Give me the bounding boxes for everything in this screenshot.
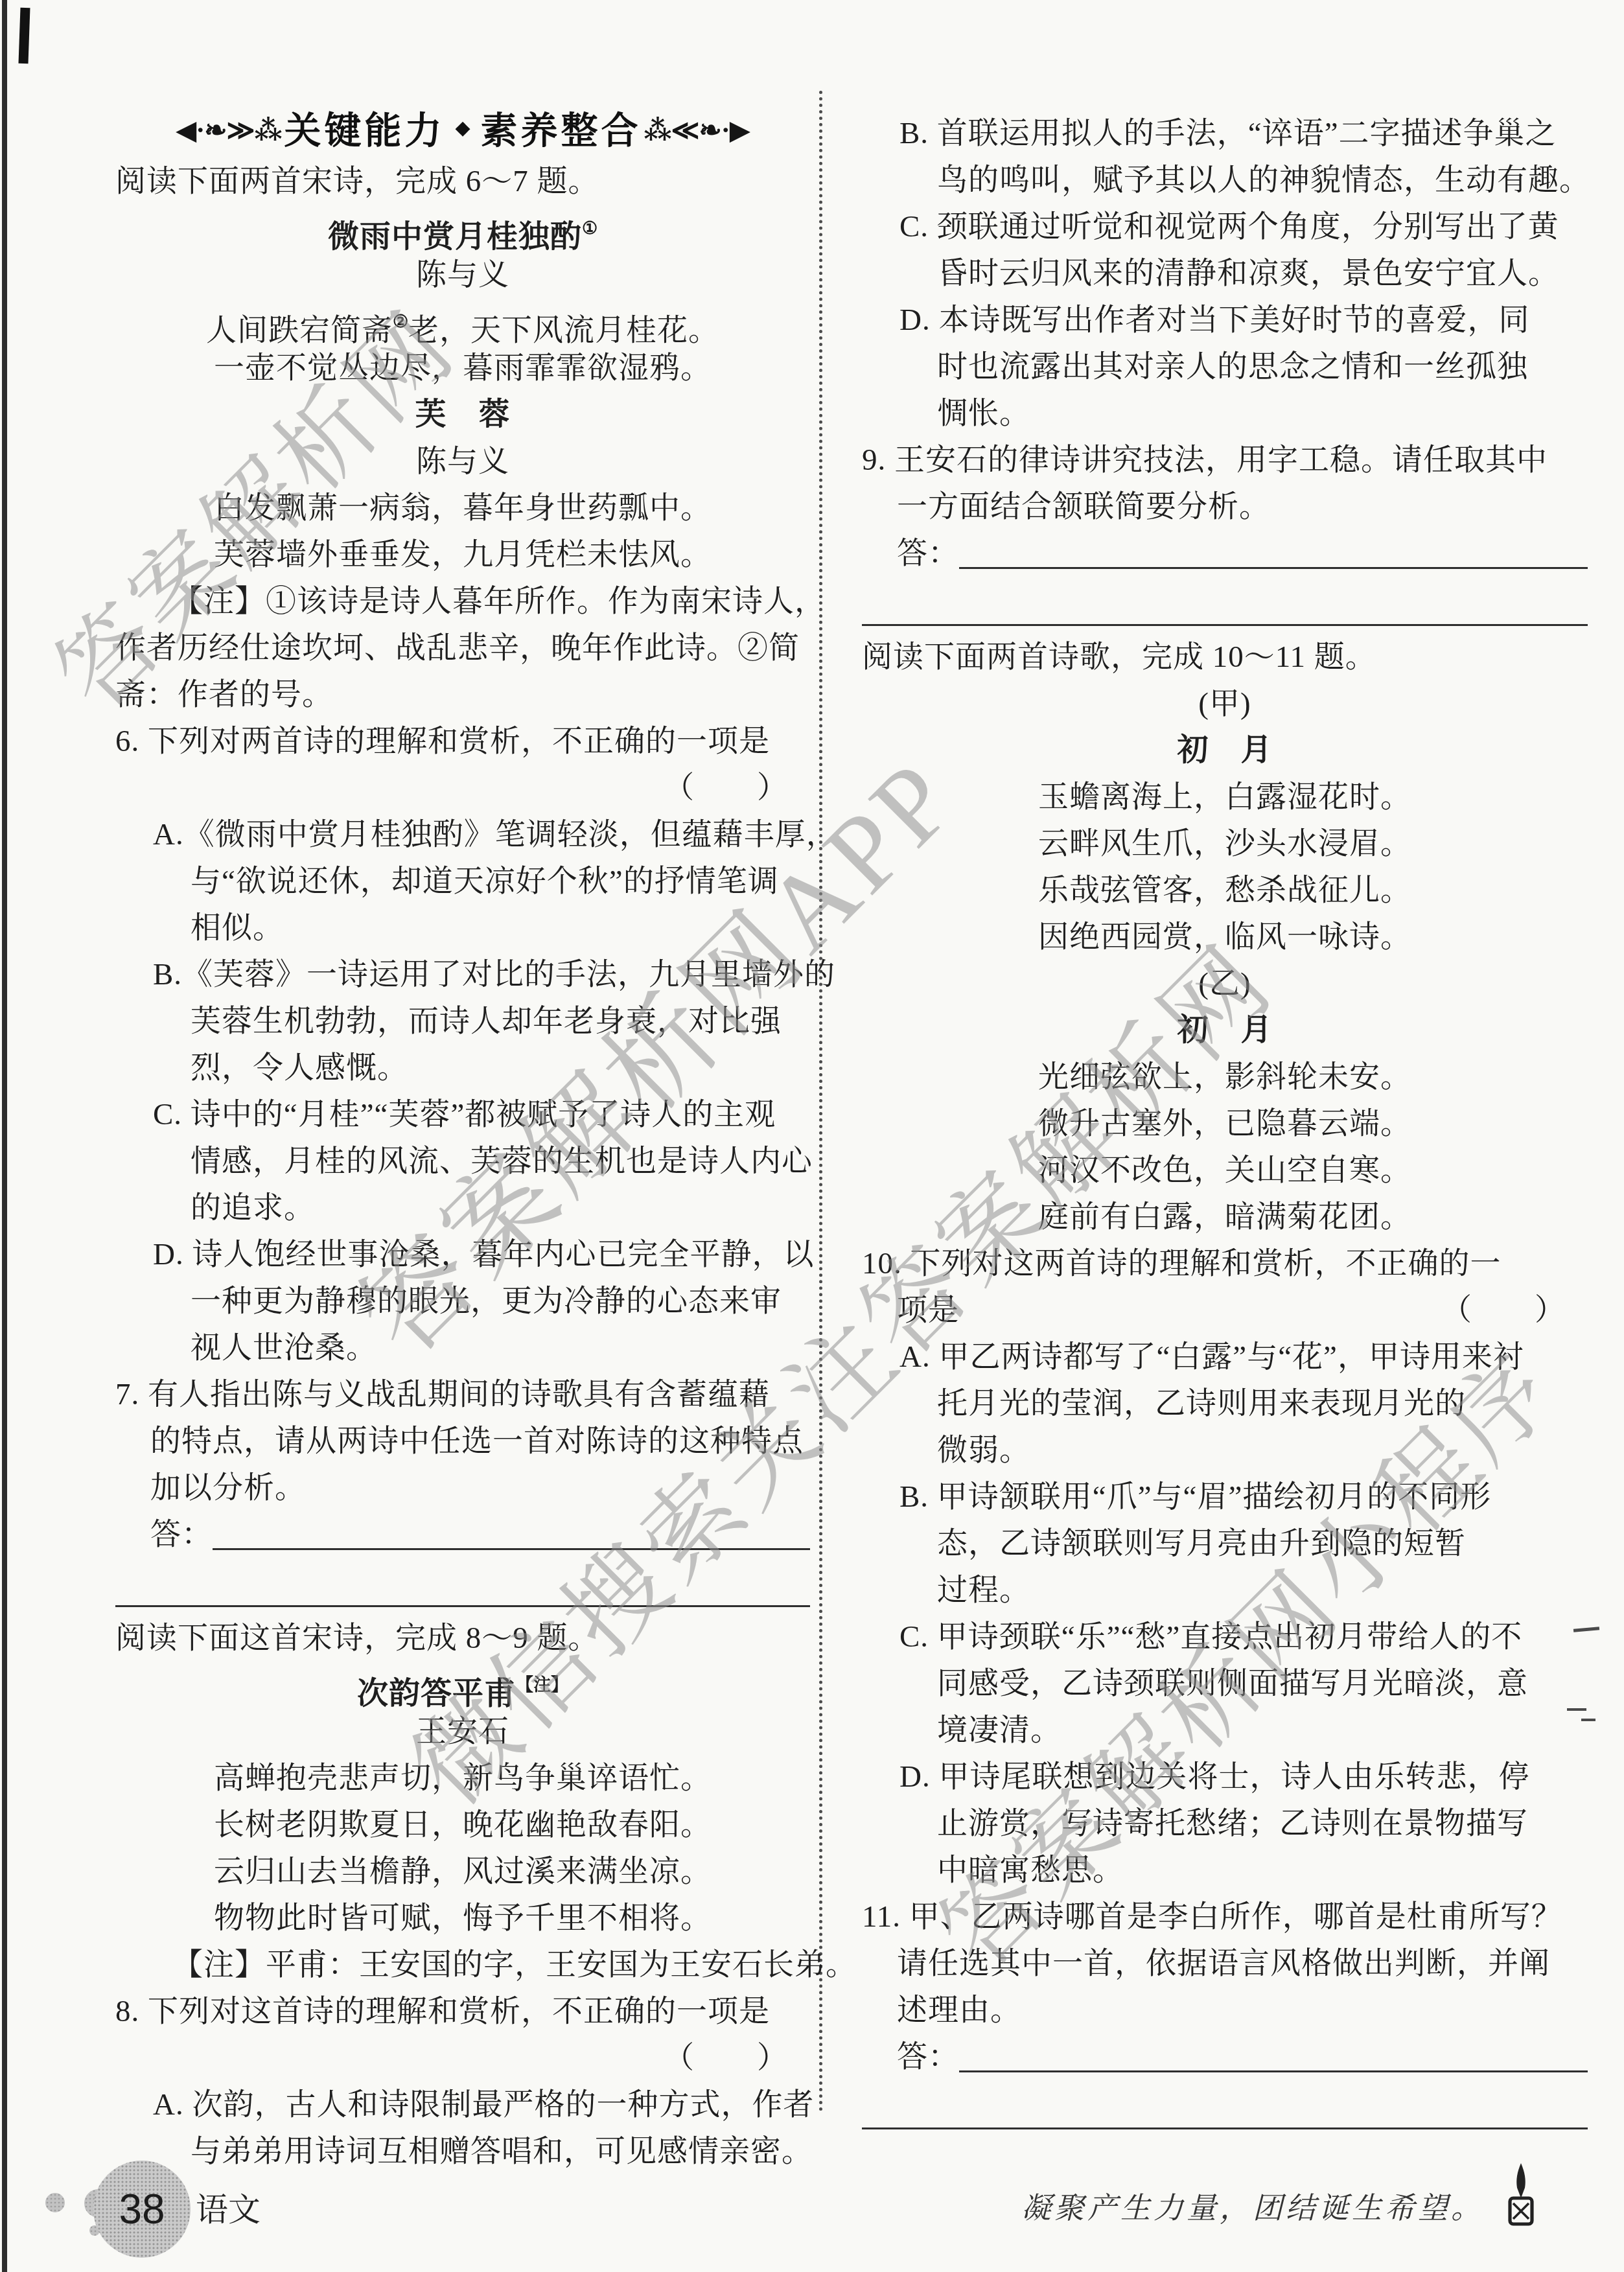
text-line: 物物此时皆可赋，悔予千里不相将。: [115, 1895, 810, 1942]
text-line: 次韵答平甫【注】: [115, 1662, 810, 1708]
page-number-blob: [45, 2193, 65, 2212]
text-line: D. 甲诗尾联想到边关将士，诗人由乐转悲，停: [862, 1754, 1588, 1800]
text-line: 作者历经仕途坎坷、战乱悲辛，晚年作此诗。②简: [115, 625, 810, 671]
answer-blank-line: [862, 2080, 1588, 2137]
text-line: 项是（ ）: [862, 1287, 1588, 1334]
text-line: 微雨中赏月桂独酌①: [115, 205, 810, 251]
text-line: 初 月: [862, 727, 1588, 774]
subject-label: 语文: [196, 2186, 261, 2233]
margin-dash: [1581, 1719, 1595, 1721]
text-line: 斋：作者的号。: [115, 671, 810, 718]
text-line: （ ）: [115, 765, 810, 811]
text-line: 一壶不觉丛边尽，暮雨霏霏欲湿鸦。: [115, 345, 810, 391]
text-line: 过程。: [862, 1567, 1588, 1614]
text-line: 微升古塞外，已隐暮云端。: [862, 1100, 1588, 1147]
text-line: 11. 甲、乙两诗哪首是李白所作，哪首是杜甫所写？: [862, 1894, 1588, 1940]
text-line: A. 次韵，古人和诗限制最严格的一种方式，作者: [115, 2081, 810, 2128]
banner-title-left: 关键能力: [284, 111, 445, 152]
text-line: 微弱。: [862, 1427, 1588, 1474]
text-line: 一方面结合颔联简要分析。: [862, 483, 1588, 530]
text-line: 托月光的莹润，乙诗则用来表现月光的: [862, 1380, 1588, 1427]
column-divider: [819, 91, 822, 2113]
text-line: D. 本诗既写出作者对当下美好时节的喜爱，同: [862, 297, 1588, 343]
text-line: 初 月: [862, 1007, 1588, 1054]
text-line: (甲): [862, 680, 1588, 727]
text-line: 请任选其中一首，依据语言风格做出判断，并阐: [862, 1940, 1588, 1987]
right-column: B. 首联运用拟人的手法，“谇语”二字描述争巢之鸟的鸣叫，赋予其以人的神貌情态，…: [862, 110, 1588, 2137]
text-line: 芙蓉生机勃勃，而诗人却年老身衰，对比强: [115, 998, 810, 1045]
text-line: 10. 下列对这两首诗的理解和赏析，不正确的一: [862, 1240, 1588, 1287]
text-line: 鸟的鸣叫，赋予其以人的神貌情态，生动有趣。: [862, 157, 1588, 203]
page-number-badge: 38: [93, 2161, 191, 2258]
text-line: 9. 王安石的律诗讲究技法，用字工稳。请任取其中: [862, 437, 1588, 483]
text-line: B. 首联运用拟人的手法，“谇语”二字描述争巢之: [862, 110, 1588, 157]
text-line: 陈与义: [115, 438, 810, 485]
text-line: 高蝉抱壳悲声切，新鸟争巢谇语忙。: [115, 1755, 810, 1802]
left-column: ◀·❧≫⁂ 关键能力 ◆ 素养整合 ⁂≪❧·▶ 阅读下面两首宋诗，完成 6～7 …: [115, 99, 810, 2175]
ink-pen-icon: [1501, 2162, 1541, 2232]
text-line: 长树老阴欺夏日，晚花幽艳敌春阳。: [115, 1802, 810, 1848]
text-line: 【注】平甫：王安国的字，王安国为王安石长弟。: [115, 1942, 810, 1988]
text-line: 情感，月桂的风流、芙蓉的生机也是诗人内心: [115, 1138, 810, 1185]
text-line: A. 甲乙两诗都写了“白露”与“花”，甲诗用来衬: [862, 1334, 1588, 1380]
text-line: 8. 下列对这首诗的理解和赏析，不正确的一项是: [115, 1988, 810, 2035]
text-line: 视人世沧桑。: [115, 1325, 810, 1371]
banner-ornament-left-icon: ◀·❧≫⁂: [176, 116, 281, 146]
text-line: 芙 蓉: [115, 391, 810, 438]
text-line: 境凄清。: [862, 1707, 1588, 1754]
text-line: 因绝西园赏，临风一咏诗。: [862, 914, 1588, 960]
text-line: 玉蟾离海上，白露湿花时。: [862, 774, 1588, 820]
text-line: D. 诗人饱经世事沧桑，暮年内心已完全平静，以: [115, 1231, 810, 1278]
text-line: （ ）: [115, 2035, 810, 2081]
text-line: 相似。: [115, 905, 810, 951]
text-line: 7. 有人指出陈与义战乱期间的诗歌具有含蓄蕴藉: [115, 1371, 810, 1418]
answer-blank-line: 答：: [862, 530, 1588, 577]
banner-ornament-right-icon: ⁂≪❧·▶: [644, 116, 750, 146]
text-line: 中暗寓愁思。: [862, 1847, 1588, 1894]
text-line: 【注】①该诗是诗人暮年所作。作为南宋诗人，: [115, 578, 810, 625]
answer-blank-line: 答：: [862, 2034, 1588, 2080]
answer-blank-line: [115, 1558, 810, 1615]
text-line: 白发飘萧一病翁，暮年身世药瓢中。: [115, 485, 810, 531]
text-line: 阅读下面两首诗歌，完成 10～11 题。: [862, 634, 1588, 680]
text-line: 芙蓉墙外垂垂发，九月凭栏未怯风。: [115, 531, 810, 578]
footer-slogan: 凝聚产生力量，团结诞生希望。: [1021, 2185, 1484, 2232]
text-line: 与“欲说还休，却道天凉好个秋”的抒情笔调: [115, 858, 810, 905]
left-column-text: 阅读下面两首宋诗，完成 6～7 题。微雨中赏月桂独酌①陈与义人间跌宕简斋②老，天…: [115, 158, 810, 2175]
text-line: 态，乙诗颔联则写月亮由升到隐的短暂: [862, 1520, 1588, 1567]
text-line: 加以分析。: [115, 1465, 810, 1511]
scan-corner-mark: [19, 8, 30, 64]
diamond-icon: ◆: [455, 117, 470, 139]
section-banner: ◀·❧≫⁂ 关键能力 ◆ 素养整合 ⁂≪❧·▶: [115, 99, 810, 158]
text-line: 阅读下面两首宋诗，完成 6～7 题。: [115, 158, 810, 205]
workbook-page: ◀·❧≫⁂ 关键能力 ◆ 素养整合 ⁂≪❧·▶ 阅读下面两首宋诗，完成 6～7 …: [0, 0, 1624, 2272]
text-line: A.《微雨中赏月桂独酌》笔调轻淡，但蕴藉丰厚，: [115, 811, 810, 858]
text-line: 同感受，乙诗颈联则侧面描写月光暗淡，意: [862, 1660, 1588, 1707]
text-line: 乐哉弦管客，愁杀战征儿。: [862, 867, 1588, 914]
text-line: 的特点，请从两诗中任选一首对陈诗的这种特点: [115, 1418, 810, 1465]
text-line: 6. 下列对两首诗的理解和赏析，不正确的一项是: [115, 718, 810, 765]
text-line: (乙): [862, 960, 1588, 1007]
answer-blank-line: 答：: [115, 1511, 810, 1558]
text-line: B. 甲诗颔联用“爪”与“眉”描绘初月的不同形: [862, 1474, 1588, 1520]
text-line: 昏时云归风来的清静和凉爽，景色安宁宜人。: [862, 250, 1588, 297]
text-line: 云归山去当檐静，风过溪来满坐凉。: [115, 1848, 810, 1895]
answer-blank-line: [862, 577, 1588, 634]
text-line: 河汉不改色，关山空自寒。: [862, 1147, 1588, 1194]
text-line: 陈与义: [115, 251, 810, 298]
right-column-text: B. 首联运用拟人的手法，“谇语”二字描述争巢之鸟的鸣叫，赋予其以人的神貌情态，…: [862, 110, 1588, 2137]
text-line: 烈，令人感慨。: [115, 1045, 810, 1091]
margin-dash: [1567, 1708, 1586, 1711]
text-line: 的追求。: [115, 1185, 810, 1231]
banner-title-right: 素养整合: [481, 111, 642, 152]
text-line: 阅读下面这首宋诗，完成 8～9 题。: [115, 1615, 810, 1662]
text-line: 时也流露出其对亲人的思念之情和一丝孤独: [862, 343, 1588, 390]
text-line: 人间跌宕简斋②老，天下风流月桂花。: [115, 298, 810, 345]
text-line: 止游赏，写诗寄托愁绪；乙诗则在景物描写: [862, 1800, 1588, 1847]
text-line: C. 甲诗颈联“乐”“愁”直接点出初月带给人的不: [862, 1614, 1588, 1660]
text-line: 光细弦欲上，影斜轮未安。: [862, 1054, 1588, 1100]
scan-edge-line: [2, 0, 7, 2272]
text-line: C. 诗中的“月桂”“芙蓉”都被赋予了诗人的主观: [115, 1091, 810, 1138]
text-line: 王安石: [115, 1708, 810, 1755]
text-line: 述理由。: [862, 1987, 1588, 2034]
text-line: 惆怅。: [862, 390, 1588, 437]
text-line: 一种更为静穆的眼光，更为冷静的心态来审: [115, 1278, 810, 1325]
text-line: C. 颈联通过听觉和视觉两个角度，分别写出了黄: [862, 203, 1588, 250]
text-line: 与弟弟用诗词互相赠答唱和，可见感情亲密。: [115, 2128, 810, 2175]
text-line: B.《芙蓉》一诗运用了对比的手法，九月里墙外的: [115, 951, 810, 998]
text-line: 庭前有白露，暗满菊花团。: [862, 1194, 1588, 1240]
text-line: 云畔风生爪，沙头水浸眉。: [862, 820, 1588, 867]
